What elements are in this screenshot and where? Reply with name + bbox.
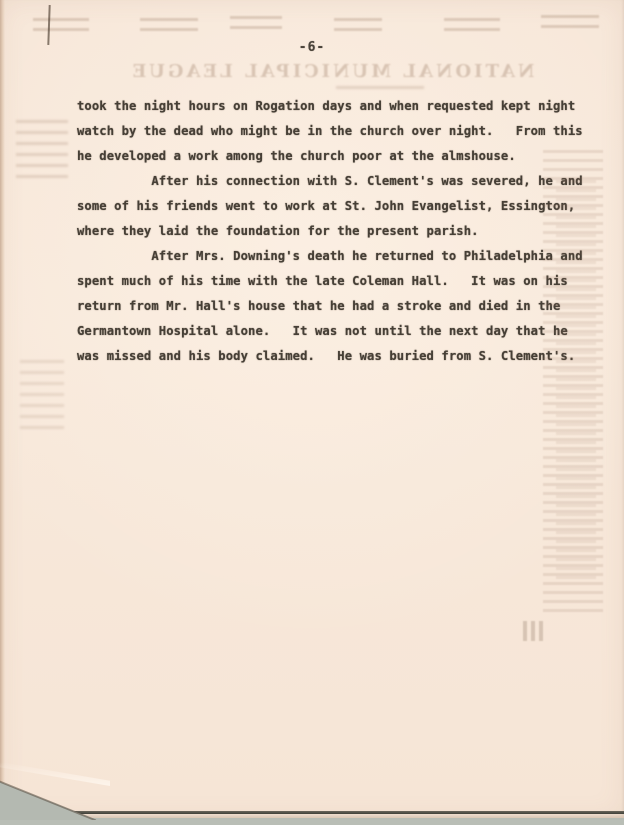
bleed-through-smudge [334,18,382,35]
bleed-through-smudge [16,120,68,180]
page-number: -6- [0,40,624,55]
typed-line: where they laid the foundation for the p… [77,219,582,244]
typed-line: spent much of his time with the late Col… [77,269,582,294]
bleed-through-smudge [541,15,599,32]
document-scan: NATIONAL MUNICIPAL LEAGUE -6- took the n… [0,0,624,825]
paper-sheet: NATIONAL MUNICIPAL LEAGUE -6- took the n… [0,0,624,818]
bleed-through-smudge [230,16,282,33]
paper-bottom-edge [0,811,624,814]
typed-line: was missed and his body claimed. He was … [77,344,582,369]
bleed-through-column [556,180,596,580]
bleed-through-smudge [444,18,500,35]
typed-line: some of his friends went to work at St. … [77,194,582,219]
typed-line: watch by the dead who might be in the ch… [77,119,582,144]
typed-line: Germantown Hospital alone. It was not un… [77,319,582,344]
typed-line: return from Mr. Hall's house that he had… [77,294,582,319]
bleed-through-smudge [20,360,64,430]
bleed-through-smudge [33,18,89,35]
scanner-background-strip [0,820,624,825]
typed-line: After his connection with S. Clement's w… [77,169,582,194]
paper-left-edge [0,0,5,818]
bleed-through-headline: NATIONAL MUNICIPAL LEAGUE [118,59,546,85]
bleed-through-logo-mark [519,621,549,641]
typed-line: he developed a work among the church poo… [77,144,582,169]
typed-text-block: took the night hours on Rogation days an… [77,94,582,369]
typed-line: took the night hours on Rogation days an… [77,94,582,119]
bleed-through-smudge [140,18,198,35]
typed-line: After Mrs. Downing's death he returned t… [77,244,582,269]
